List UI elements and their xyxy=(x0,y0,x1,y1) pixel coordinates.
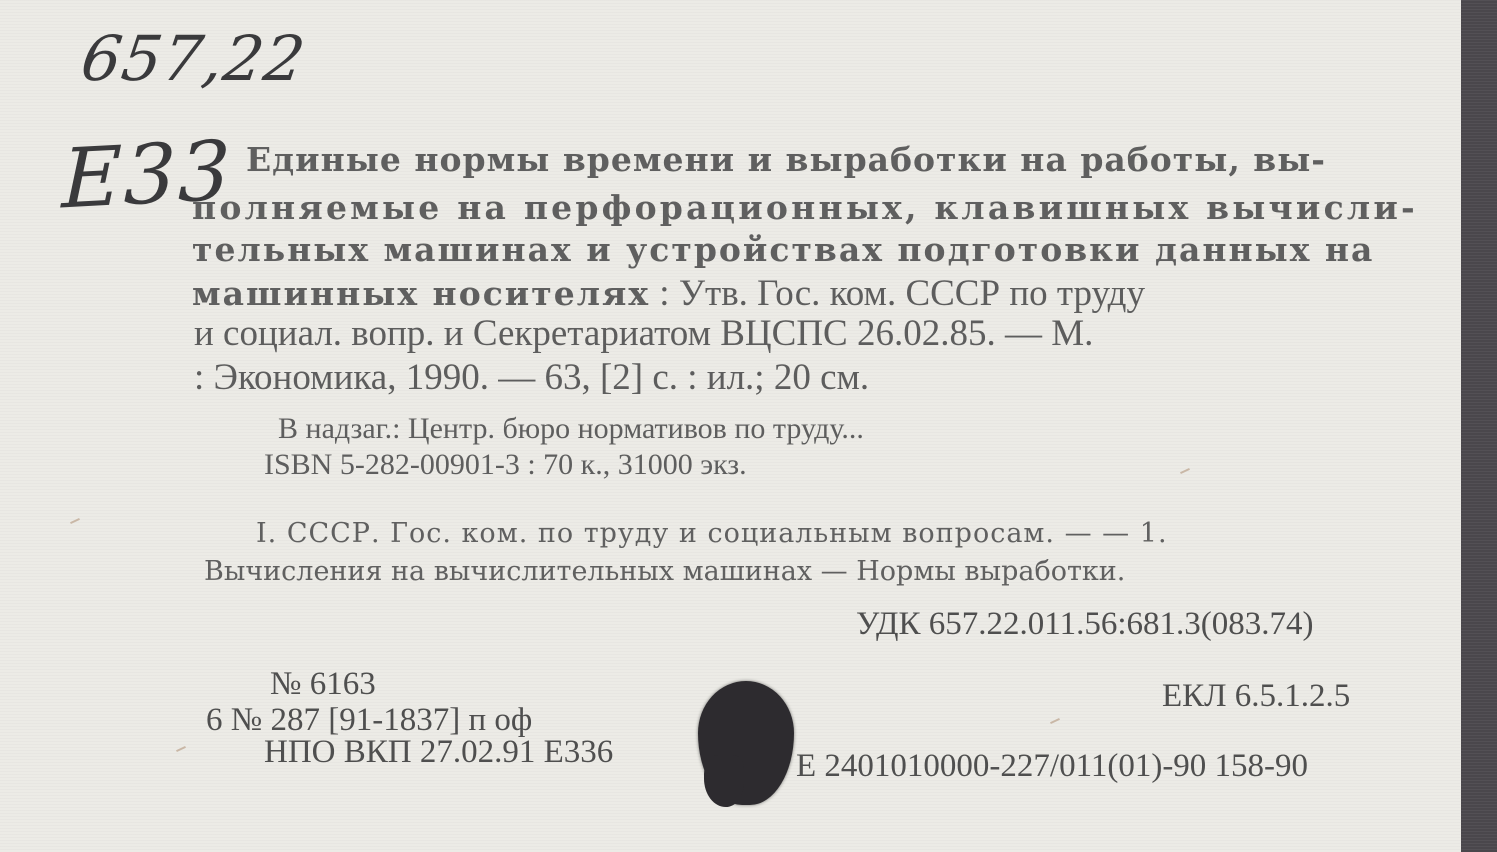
title-line-4-bold: машинных носителях xyxy=(192,274,650,313)
note-isbn: ISBN 5-282-00901-3 : 70 к., 31000 экз. xyxy=(264,448,747,482)
title-line-4: машинных носителях : Утв. Гос. ком. СССР… xyxy=(192,272,1145,315)
title-line-4-rest: : Утв. Гос. ком. СССР по труду xyxy=(650,273,1145,314)
catalog-code: Е 2401010000-227/011(01)-90 158-90 xyxy=(796,748,1308,785)
printer-line: НПО ВКП 27.02.91 Е336 xyxy=(264,734,613,771)
title-line-3: тельных машинах и устройствах подготовки… xyxy=(192,230,1374,269)
punch-hole xyxy=(698,681,794,805)
imprint-line-2: : Экономика, 1990. — 63, [2] с. : ил.; 2… xyxy=(194,356,869,399)
note-heading: В надзаг.: Центр. бюро нормативов по тру… xyxy=(278,412,864,446)
ekl-code: ЕКЛ 6.5.1.2.5 xyxy=(1162,678,1350,715)
tracing-line-2: Вычисления на вычислительных машинах — Н… xyxy=(204,556,1125,587)
tracing-line-1: I. СССР. Гос. ком. по труду и социальным… xyxy=(256,518,1168,549)
background-edge xyxy=(1461,0,1497,852)
card-number: № 6163 xyxy=(270,666,376,703)
paper-fleck xyxy=(70,518,80,524)
catalog-card: 657,22 Е33 Единые нормы времени и вырабо… xyxy=(0,0,1461,852)
paper-fleck xyxy=(1050,718,1060,724)
imprint-line-1: и социал. вопр. и Секретариатом ВЦСПС 26… xyxy=(194,312,1093,355)
udc-code: УДК 657.22.011.56:681.3(083.74) xyxy=(856,606,1313,643)
paper-fleck xyxy=(176,746,186,752)
title-line-2: полняемые на перфорационных, клавишных в… xyxy=(192,188,1418,227)
paper-fleck xyxy=(1180,468,1190,474)
handwritten-classification: 657,22 xyxy=(77,22,310,95)
title-line-1: Единые нормы времени и выработки на рабо… xyxy=(246,140,1326,179)
